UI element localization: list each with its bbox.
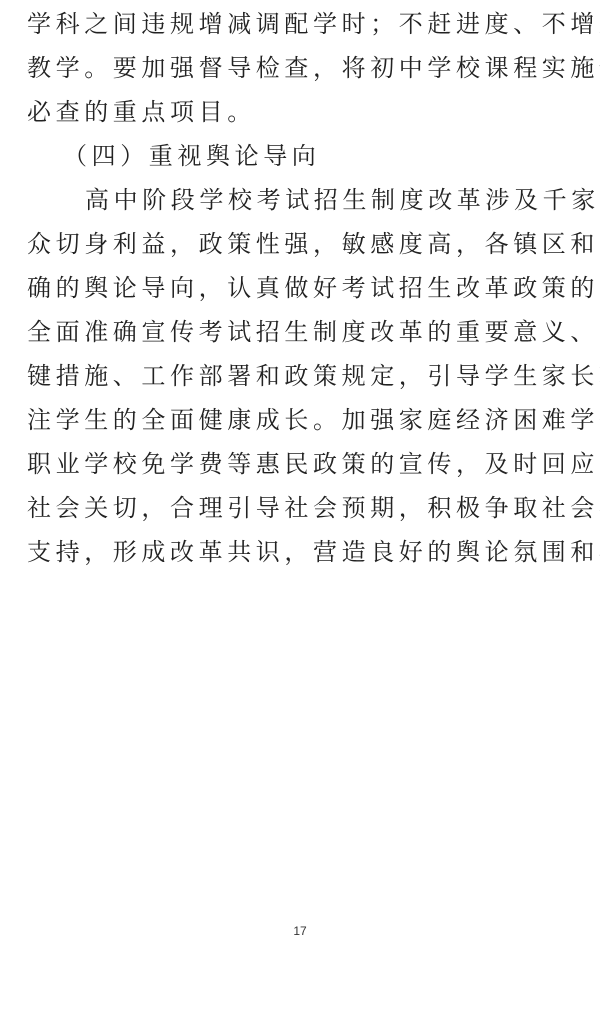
paragraph-line: 社会关切，合理引导社会预期，积极争取社会各界的理解与 xyxy=(27,490,577,526)
paragraph-line: 全面准确宣传考试招生制度改革的重要意义、主要内容、关 xyxy=(27,314,577,350)
paragraph-line: 众切身利益，政策性强，敏感度高，各镇区和学校要坚持正 xyxy=(27,226,577,262)
paragraph-line: 学科之间违规增减调配学时；不赶进度、不增难度，不突击 xyxy=(27,6,577,42)
paragraph-line: 职业学校免学费等惠民政策的宣传，及时回应学生、家长和 xyxy=(27,446,577,482)
paragraph-line: 高中阶段学校考试招生制度改革涉及千家万户，关系群 xyxy=(85,182,600,218)
paragraph-line: 注学生的全面健康成长。加强家庭经济困难学生资助和中等 xyxy=(27,402,577,438)
paragraph-line: 支持，形成改革共识，营造良好的舆论氛围和社会环境。 xyxy=(27,534,577,570)
document-page: 学科之间违规增减调配学时；不赶进度、不增难度，不突击 教学。要加强督导检查，将初… xyxy=(0,0,600,1013)
paragraph-line: 必查的重点项目。 xyxy=(27,94,577,130)
paragraph-line: 键措施、工作部署和政策规定，引导学生家长和社会更加关 xyxy=(27,358,577,394)
page-number: 17 xyxy=(0,924,600,938)
paragraph-line: 教学。要加强督导检查，将初中学校课程实施情况作为每年 xyxy=(27,50,577,86)
section-heading: （四）重视舆论导向 xyxy=(63,138,600,174)
paragraph-line: 确的舆论导向，认真做好考试招生改革政策的宣传解读工作， xyxy=(27,270,577,306)
